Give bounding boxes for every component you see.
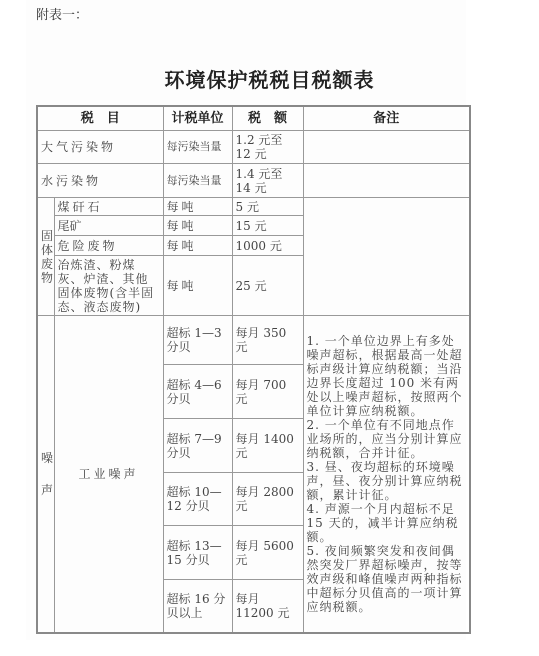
- cell-amount: 每月 11200 元: [232, 580, 303, 633]
- cell-item: 冶炼渣、粉煤灰、炉渣、其他固体废物(含半固态、液态废物): [54, 256, 163, 316]
- solid-waste-group-label: 固体废物: [37, 198, 54, 316]
- cell-item: 尾矿: [54, 216, 163, 236]
- cell-amount: 1.4 元至 14 元: [232, 164, 303, 198]
- cell-amount: 每月 700 元: [232, 365, 303, 419]
- cell-item: 煤矸石: [54, 198, 163, 216]
- cell-unit: 超标 10—12 分贝: [163, 473, 232, 526]
- cell-amount: 25 元: [232, 256, 303, 316]
- cell-unit: 超标 4—6 分贝: [163, 365, 232, 419]
- note-3: 3. 昼、夜均超标的环境噪声，昼、夜分别计算应纳税额，累计计征。: [307, 460, 467, 502]
- cell-amount: 每月 350 元: [232, 316, 303, 365]
- annex-label: 附表一：: [36, 4, 88, 23]
- cell-unit: 超标 1—3 分贝: [163, 316, 232, 365]
- table-row-air: 大气污染物 每污染当量 1.2 元至 12 元: [37, 131, 470, 164]
- cell-item: 大气污染物: [37, 131, 163, 164]
- table-row-solid-1: 固体废物 煤矸石 每吨 5 元: [37, 198, 470, 216]
- cell-amount: 15 元: [232, 216, 303, 236]
- noise-group-label: 噪 声: [37, 316, 54, 633]
- cell-amount: 1.2 元至 12 元: [232, 131, 303, 164]
- cell-notes: [303, 198, 470, 316]
- cell-unit: 每吨: [163, 198, 232, 216]
- cell-item: 水污染物: [37, 164, 163, 198]
- header-item: 税 目: [37, 106, 163, 131]
- header-notes: 备注: [303, 106, 470, 131]
- note-4: 4. 声源一个月内超标不足 15 天的，减半计算应纳税额。: [307, 502, 467, 544]
- table-header-row: 税 目 计税单位 税 额 备注: [37, 106, 470, 131]
- noise-label-char-2: 声: [41, 482, 51, 498]
- cell-unit: 超标 13—15 分贝: [163, 526, 232, 580]
- note-2: 2. 一个单位有不同地点作业场所的，应当分别计算应纳税额，合并计征。: [307, 418, 467, 460]
- cell-unit: 超标 7—9 分贝: [163, 419, 232, 473]
- tax-rate-table: 税 目 计税单位 税 额 备注 大气污染物 每污染当量 1.2 元至 12 元 …: [36, 105, 471, 634]
- cell-unit: 每污染当量: [163, 164, 232, 198]
- cell-unit: 每吨: [163, 236, 232, 256]
- cell-unit: 每吨: [163, 256, 232, 316]
- table-row-water: 水污染物 每污染当量 1.4 元至 14 元: [37, 164, 470, 198]
- note-1: 1. 一个单位边界上有多处噪声超标，根据最高一处超标声级计算应纳税额；当沿边界长…: [307, 334, 467, 418]
- table-row-noise-1: 噪 声 工业噪声 超标 1—3 分贝 每月 350 元 1. 一个单位边界上有多…: [37, 316, 470, 365]
- cell-notes: [303, 131, 470, 164]
- cell-amount: 每月 1400 元: [232, 419, 303, 473]
- cell-unit: 每污染当量: [163, 131, 232, 164]
- cell-amount: 每月 5600 元: [232, 526, 303, 580]
- cell-item: 危险废物: [54, 236, 163, 256]
- header-unit: 计税单位: [163, 106, 232, 131]
- noise-label-char-1: 噪: [41, 450, 51, 466]
- header-amount: 税 额: [232, 106, 303, 131]
- cell-amount: 每月 2800 元: [232, 473, 303, 526]
- cell-unit: 每吨: [163, 216, 232, 236]
- noise-notes: 1. 一个单位边界上有多处噪声超标，根据最高一处超标声级计算应纳税额；当沿边界长…: [303, 316, 470, 633]
- cell-notes: [303, 164, 470, 198]
- cell-amount: 1000 元: [232, 236, 303, 256]
- cell-amount: 5 元: [232, 198, 303, 216]
- note-5: 5. 夜间频繁突发和夜间偶然突发厂界超标噪声，按等效声级和峰值噪声两种指标中超标…: [307, 544, 467, 614]
- document-title: 环境保护税税目税额表: [0, 64, 539, 93]
- cell-unit: 超标 16 分贝以上: [163, 580, 232, 633]
- noise-sub-label: 工业噪声: [54, 316, 163, 633]
